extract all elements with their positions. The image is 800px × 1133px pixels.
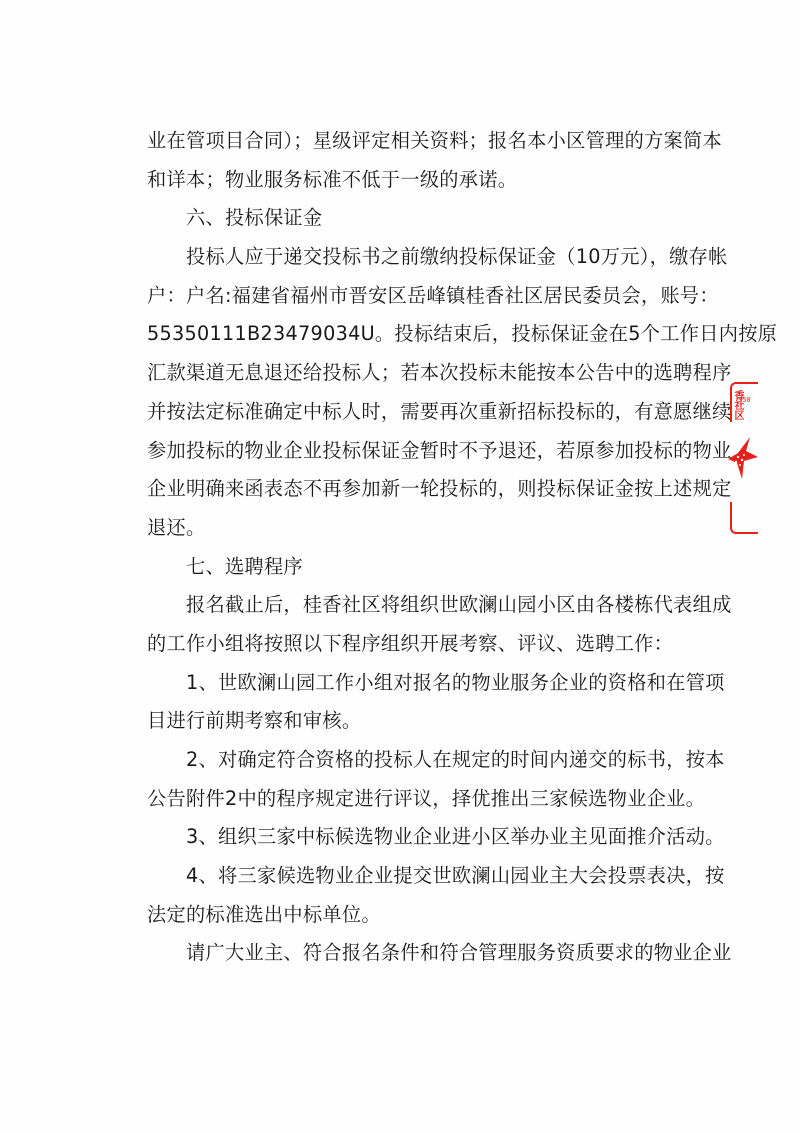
text-line: 请广大业主、符合报名条件和符合管理服务资质要求的物业企业	[147, 939, 657, 978]
section-heading-procedure: 七、选聘程序	[147, 553, 657, 592]
seal-text-top: 香社区	[730, 390, 745, 420]
text-line: 目进行前期考察和审核。	[147, 707, 657, 746]
text-line: 和详本；物业服务标准不低于一级的承诺。	[147, 166, 657, 205]
text-line: 汇款渠道无息退还给投标人；若本次投标未能按本公告中的选聘程序	[147, 359, 657, 398]
text-line: 公告附件2中的程序规定进行评议，择优推出三家候选物业企业。	[147, 785, 657, 824]
text-line: 业在管项目合同）；星级评定相关资料；报名本小区管理的方案简本	[147, 127, 657, 166]
text-line: 户：户名:福建省福州市晋安区岳峰镇桂香社区居民委员会，账号：	[147, 282, 657, 321]
document-page: 业在管项目合同）；星级评定相关资料；报名本小区管理的方案简本 和详本；物业服务标…	[0, 0, 800, 1133]
text-line: 的工作小组将按照以下程序组织开展考察、评议、选聘工作：	[147, 630, 657, 669]
seal-code: 350	[738, 396, 751, 404]
list-item-3: 3、组织三家中标候选物业企业进小区举办业主见面推介活动。	[147, 823, 657, 862]
seal-star-icon	[728, 437, 758, 479]
text-line: 报名截止后，桂香社区将组织世欧澜山园小区由各楼栋代表组成	[147, 591, 657, 630]
text-line: 投标人应于递交投标书之前缴纳投标保证金（10万元），缴存帐	[147, 243, 657, 282]
text-line: 参加投标的物业企业投标保证金暂时不予退还，若原参加投标的物业	[147, 437, 657, 476]
section-heading-deposit: 六、投标保证金	[147, 204, 657, 243]
list-item-4: 4、将三家候选物业企业提交世欧澜山园业主大会投票表决，按	[147, 862, 657, 901]
text-line: 法定的标准选出中标单位。	[147, 901, 657, 940]
document-body: 业在管项目合同）；星级评定相关资料；报名本小区管理的方案简本 和详本；物业服务标…	[147, 127, 657, 978]
official-seal-fragment: 香社区 350	[728, 382, 758, 534]
text-line: 55350111B23479034U。投标结束后，投标保证金在5个工作日内按原	[147, 320, 657, 359]
list-item-2: 2、对确定符合资格的投标人在规定的时间内递交的标书，按本	[147, 746, 657, 785]
list-item-1: 1、世欧澜山园工作小组对报名的物业服务企业的资格和在管项	[147, 669, 657, 708]
text-line: 退还。	[147, 514, 657, 553]
seal-arc-bottom	[730, 502, 758, 534]
text-line: 企业明确来函表态不再参加新一轮投标的，则投标保证金按上述规定	[147, 475, 657, 514]
text-line: 并按法定标准确定中标人时，需要再次重新招标投标的，有意愿继续	[147, 398, 657, 437]
